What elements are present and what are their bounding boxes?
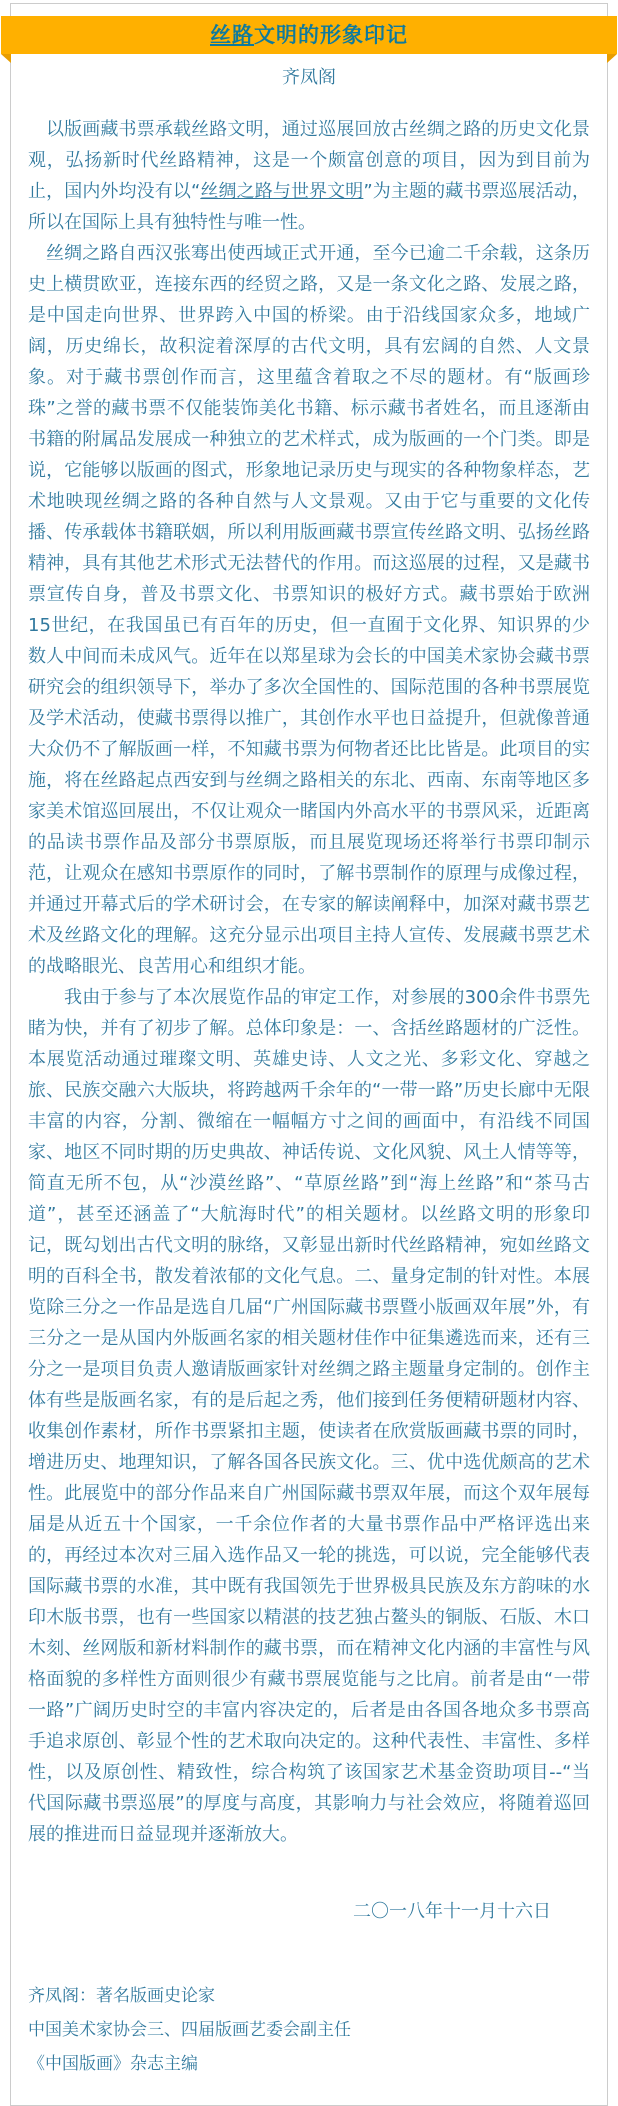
author-credentials: 齐凤阁：著名版画史论家 中国美术家协会三、四届版画艺委会副主任 《中国版画》杂志… <box>11 1979 607 2105</box>
page-title: 丝路文明的形象印记 <box>1 16 617 54</box>
ribbon-fold-right-decoration <box>607 54 617 63</box>
credential-line-3: 《中国版画》杂志主编 <box>28 2047 590 2081</box>
credential-line-2: 中国美术家协会三、四届版画艺委会副主任 <box>28 2013 590 2047</box>
paragraph-3: 我由于参与了本次展览作品的审定工作，对参展的300余件书票先睹为快，并有了初步了… <box>28 982 590 1850</box>
author-name: 齐凤阁 <box>11 62 607 93</box>
theme-keyword-link[interactable]: 丝绸之路与世界文明 <box>200 181 363 202</box>
article-card: 丝路文明的形象印记 齐凤阁 以版画藏书票承载丝路文明，通过巡展回放古丝绸之路的历… <box>10 3 608 2106</box>
credential-line-1: 齐凤阁：著名版画史论家 <box>28 1979 590 2013</box>
title-keyword-link[interactable]: 丝路 <box>210 23 254 47</box>
title-rest: 文明的形象印记 <box>254 23 408 47</box>
article-date: 二〇一八年十一月十六日 <box>11 1896 607 1927</box>
paragraph-2: 丝绸之路自西汉张骞出使西域正式开通，至今已逾二千余载，这条历史上横贯欧亚，连接东… <box>28 238 590 982</box>
paragraph-1: 以版画藏书票承载丝路文明，通过巡展回放古丝绸之路的历史文化景观，弘扬新时代丝路精… <box>28 114 590 238</box>
article-body: 以版画藏书票承载丝路文明，通过巡展回放古丝绸之路的历史文化景观，弘扬新时代丝路精… <box>11 114 607 1850</box>
ribbon-fold-left-decoration <box>1 54 11 63</box>
title-ribbon: 丝路文明的形象印记 <box>1 16 617 54</box>
